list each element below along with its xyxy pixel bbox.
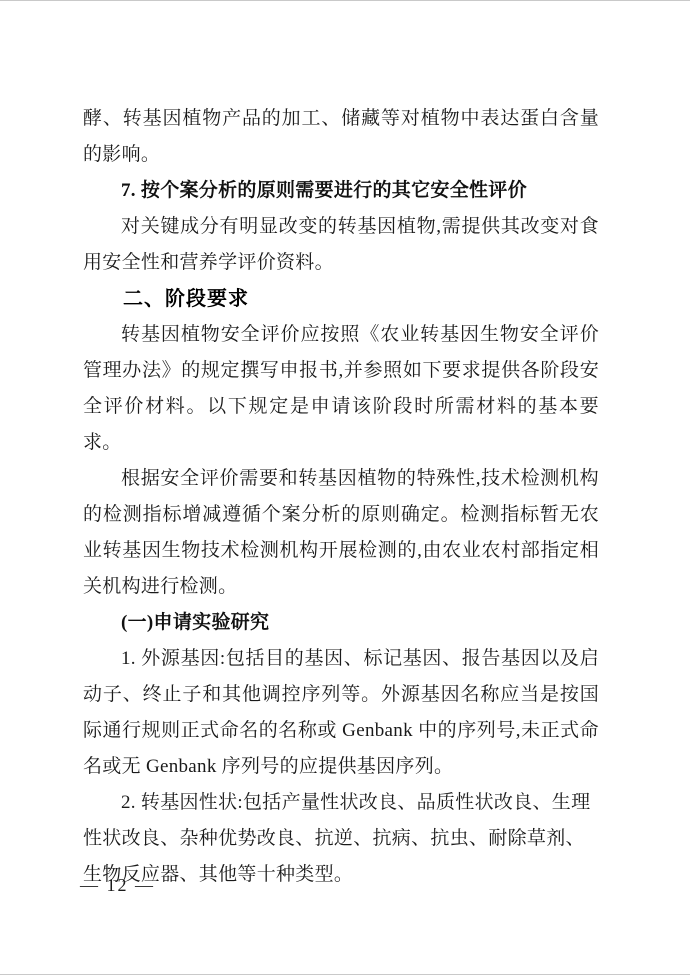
paragraph: 转基因植物安全评价应按照《农业转基因生物安全评价管理办法》的规定撰写申报书,并参…: [83, 317, 599, 461]
heading-subsection-1: (一)申请实验研究: [83, 605, 599, 641]
heading-item-7: 7. 按个案分析的原则需要进行的其它安全性评价: [83, 173, 599, 209]
paragraph: 1. 外源基因:包括目的基因、标记基因、报告基因以及启动子、终止子和其他调控序列…: [83, 641, 599, 785]
document-page: 酵、转基因植物产品的加工、储藏等对植物中表达蛋白含量的影响。 7. 按个案分析的…: [0, 0, 690, 975]
page-number: — 12 —: [80, 875, 155, 896]
heading-section-2: 二、阶段要求: [83, 281, 599, 317]
paragraph: 对关键成分有明显改变的转基因植物,需提供其改变对食用安全性和营养学评价资料。: [83, 209, 599, 281]
paragraph-continuation: 酵、转基因植物产品的加工、储藏等对植物中表达蛋白含量的影响。: [83, 101, 599, 173]
paragraph: 根据安全评价需要和转基因植物的特殊性,技术检测机构的检测指标增减遵循个案分析的原…: [83, 461, 599, 605]
paragraph: 2. 转基因性状:包括产量性状改良、品质性状改良、生理性状改良、杂种优势改良、抗…: [83, 785, 599, 893]
document-body: 酵、转基因植物产品的加工、储藏等对植物中表达蛋白含量的影响。 7. 按个案分析的…: [83, 101, 599, 893]
